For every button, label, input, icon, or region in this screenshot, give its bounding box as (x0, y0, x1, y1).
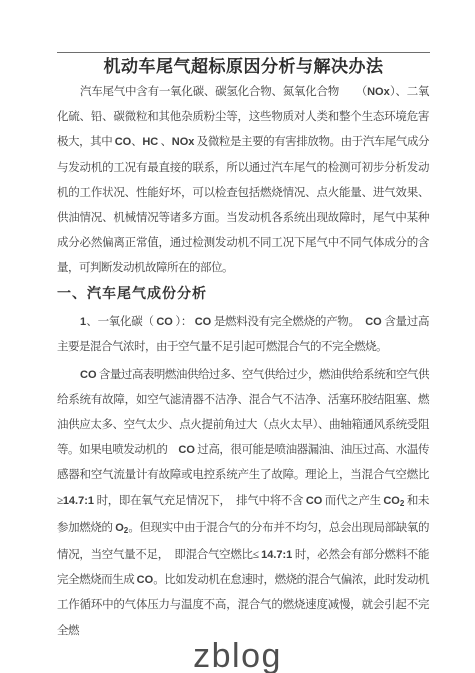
watermark-zblog: zblog (0, 637, 475, 673)
text-run: 汽车尾气中含有一氧化碳、碳氢化合物、氮氧化合物 （ (80, 86, 367, 98)
paragraph: 1、一氧化碳（ CO ）： CO 是燃料没有完全燃烧的产物。 CO 含量过高主要… (57, 310, 429, 360)
emphasized-term: CO (195, 316, 212, 328)
emphasized-term: CO (80, 369, 97, 381)
emphasized-term: CO (137, 574, 154, 586)
text-run: 而代之产生 (322, 495, 383, 507)
emphasized-term: CO (156, 316, 173, 328)
document-body: 汽车尾气中含有一氧化碳、碳氢化合物、氮氧化合物 （NOx）、二氧化硫、铅、碳微粒… (57, 80, 429, 646)
emphasized-term: HC (142, 136, 158, 148)
section-heading: 一、汽车尾气成份分析 (57, 285, 429, 305)
text-run: 、 (131, 136, 142, 148)
text-run: 含量过高表明燃油供给过多、空气供给过少，燃油供给系统和空气供给系统有故障，如空气… (57, 369, 429, 457)
emphasized-term: NOx (367, 86, 390, 98)
text-run: 、 (158, 136, 172, 148)
paragraph: CO 含量过高表明燃油供给过多、空气供给过少，燃油供给系统和空气供给系统有故障，… (57, 363, 429, 644)
emphasized-term: CO (365, 316, 382, 328)
emphasized-term: CO (383, 495, 400, 507)
text-run: 及微粒是主要的有害排放物。由于汽车尾气成分与发动机的工况有最直接的联系，所以通过… (57, 136, 429, 274)
emphasized-term: 14.7:1 (63, 495, 94, 507)
text-run: ）： (173, 316, 195, 328)
emphasized-term: CO (178, 444, 195, 456)
emphasized-term: NOx (172, 136, 195, 148)
document-title: 机动车尾气超标原因分析与解决办法 (47, 55, 440, 79)
emphasized-term: CO (115, 136, 132, 148)
title-divider-rule (57, 52, 430, 53)
text-run: 一、汽车尾气成份分析 (57, 287, 207, 302)
emphasized-term: 14.7:1 (261, 549, 292, 561)
text-run: 、一氧化碳（ (86, 316, 156, 328)
paragraph: 汽车尾气中含有一氧化碳、碳氢化合物、氮氧化合物 （NOx）、二氧化硫、铅、碳微粒… (57, 80, 429, 282)
text-run: 是燃料没有完全燃烧的产物。 (211, 316, 365, 328)
document-page: 机动车尾气超标原因分析与解决办法 汽车尾气中含有一氧化碳、碳氢化合物、氮氧化合物… (0, 0, 475, 673)
emphasized-term: O (115, 522, 124, 534)
emphasized-term: CO (306, 495, 323, 507)
text-run: 时，即在氧气充足情况下， 排气中将不含 (94, 495, 306, 507)
